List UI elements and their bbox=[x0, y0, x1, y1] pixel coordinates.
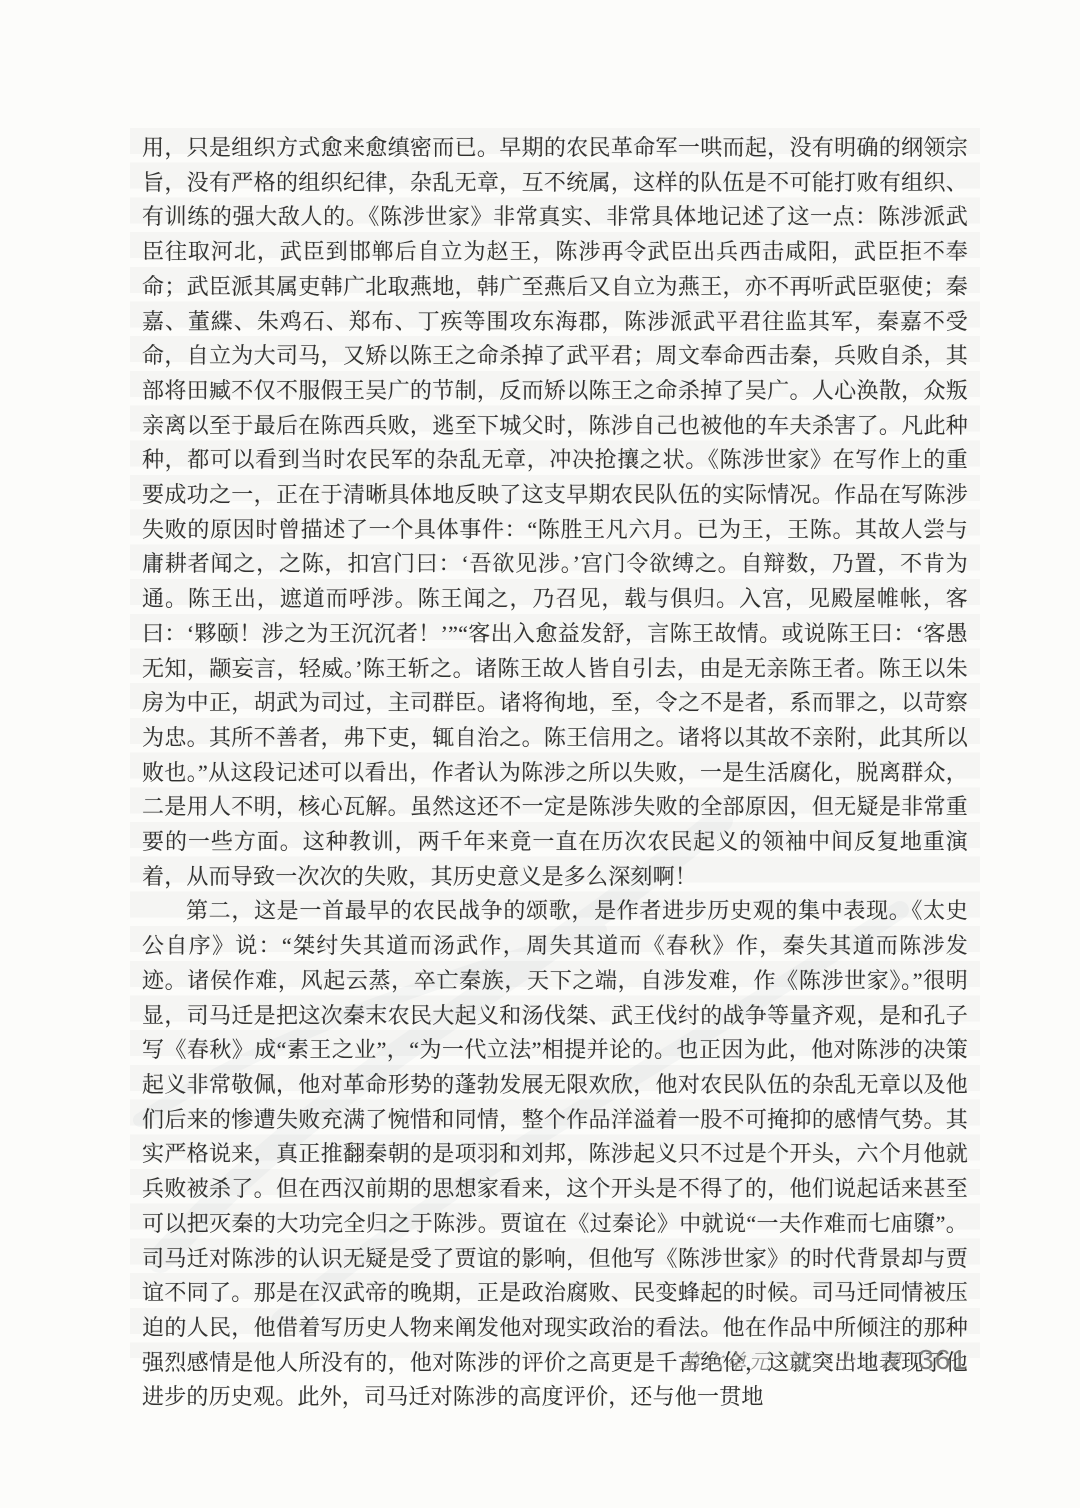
paragraph-continued-from-previous-page: 用，只是组织方式愈来愈缜密而已。早期的农民革命军一哄而起，没有明确的纲领宗旨，没… bbox=[142, 131, 968, 894]
scanned-book-page: 用，只是组织方式愈来愈缜密而已。早期的农民革命军一哄而起，没有明确的纲领宗旨，没… bbox=[0, 0, 1080, 1508]
footer-unit-label: 第六单元 bbox=[679, 1346, 771, 1376]
body-text: 用，只是组织方式愈来愈缜密而已。早期的农民革命军一哄而起，没有明确的纲领宗旨，没… bbox=[142, 131, 968, 1415]
page-footer: 第六单元 第二十二课 361 bbox=[679, 1344, 968, 1376]
footer-page-number: 361 bbox=[918, 1344, 968, 1376]
paragraph-second-point: 第二，这是一首最早的农民战争的颂歌，是作者进步历史观的集中表现。《太史公自序》说… bbox=[142, 894, 968, 1415]
footer-lesson-label: 第二十二课 bbox=[787, 1346, 902, 1376]
